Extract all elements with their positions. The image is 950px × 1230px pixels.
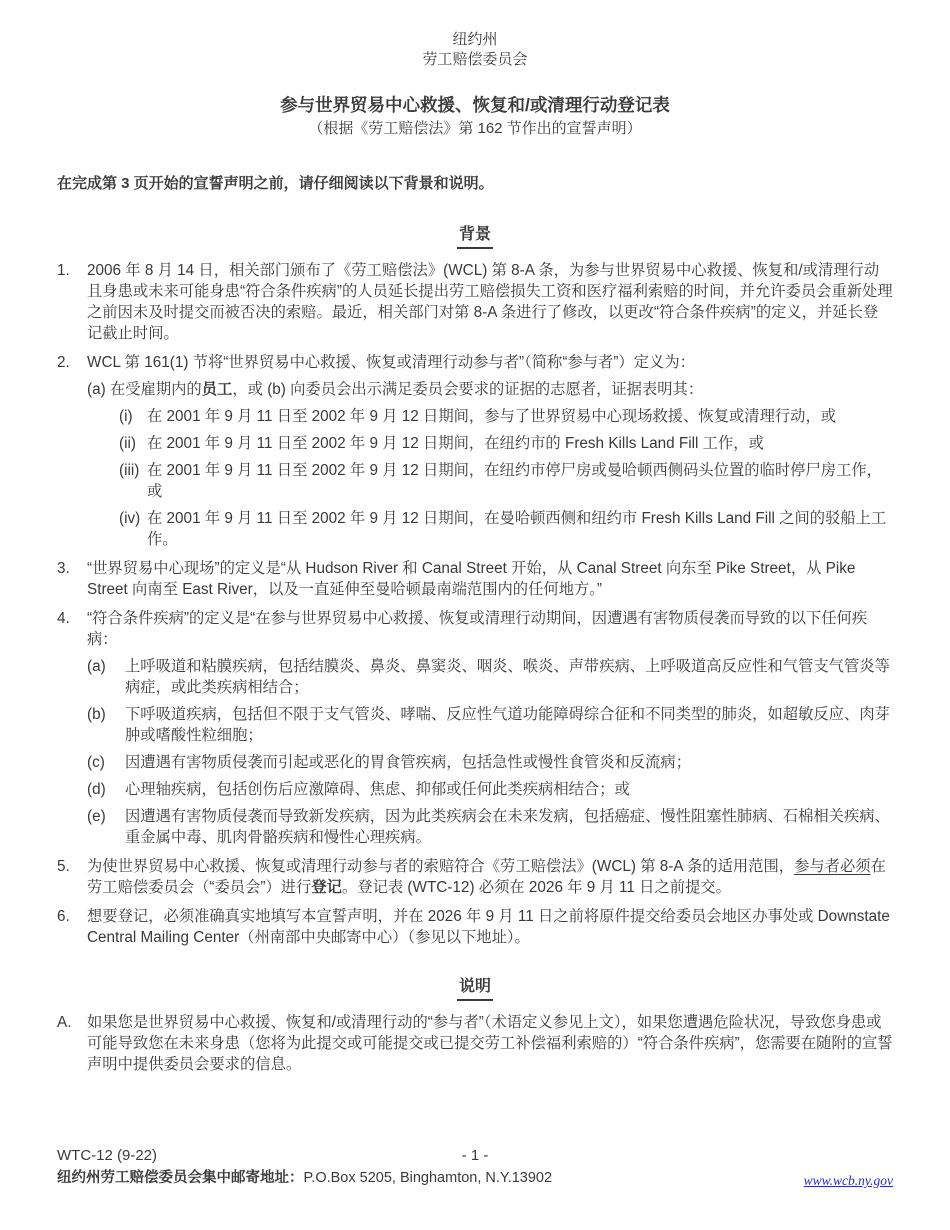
item-body: “符合条件疾病”的定义是“在参与世界贸易中心救援、恢复或清理行动期间，因遭遇有害… bbox=[87, 608, 893, 848]
background-item-4-sub-c: (c) 因遭遇有害物质侵袭而引起或恶化的胃食管疾病，包括急性或慢性食管炎和反流病… bbox=[87, 752, 893, 773]
background-item-5: 5. 为使世界贸易中心救援、恢复或清理行动参与者的索赔符合《劳工赔偿法》(WCL… bbox=[57, 856, 893, 898]
text-segment: (a) 在受雇期内的 bbox=[87, 381, 202, 398]
subitem-text: 下呼吸道疾病，包括但不限于支气管炎、哮喘、反应性气道功能障碍综合征和不同类型的肺… bbox=[125, 704, 893, 746]
item-text: 2006 年 8 月 14 日，相关部门颁布了《劳工赔偿法》(WCL) 第 8-… bbox=[87, 260, 893, 344]
item-text: 为使世界贸易中心救援、恢复或清理行动参与者的索赔符合《劳工赔偿法》(WCL) 第… bbox=[87, 856, 893, 898]
instructions-heading: 说明 bbox=[457, 976, 493, 1001]
item-number: 5. bbox=[57, 856, 87, 898]
background-item-6: 6. 想要登记，必须准确真实地填写本宣誓声明，并在 2026 年 9 月 11 … bbox=[57, 906, 893, 948]
subitem-number: (c) bbox=[87, 752, 125, 773]
background-section: 背景 bbox=[57, 224, 893, 249]
form-title: 参与世界贸易中心救援、恢复和/或清理行动登记表 bbox=[57, 94, 893, 117]
mailing-address-label: 纽约州劳工赔偿委员会集中邮寄地址： bbox=[57, 1170, 304, 1186]
background-item-2-sub-i: (i) 在 2001 年 9 月 11 日至 2002 年 9 月 12 日期间… bbox=[119, 406, 893, 427]
background-item-4-sub-a: (a) 上呼吸道和粘膜疾病，包括结膜炎、鼻炎、鼻窦炎、咽炎、喉炎、声带疾病、上呼… bbox=[87, 656, 893, 698]
subitem-text: 在 2001 年 9 月 11 日至 2002 年 9 月 12 日期间，在曼哈… bbox=[147, 508, 893, 550]
item-body: WCL 第 161(1) 节将“世界贸易中心救援、恢复或清理行动参与者”（简称“… bbox=[87, 352, 893, 550]
item-text: WCL 第 161(1) 节将“世界贸易中心救援、恢复或清理行动参与者”（简称“… bbox=[87, 354, 695, 371]
subitem-number: (i) bbox=[119, 406, 147, 427]
item-text: “世界贸易中心现场”的定义是“从 Hudson River 和 Canal St… bbox=[87, 558, 893, 600]
background-list: 1. 2006 年 8 月 14 日，相关部门颁布了《劳工赔偿法》(WCL) 第… bbox=[57, 260, 893, 948]
page-number: - 1 - bbox=[57, 1146, 893, 1166]
employee-emphasis: 员工 bbox=[202, 381, 233, 398]
item-letter: A. bbox=[57, 1012, 87, 1075]
subitem-text: 心理轴疾病，包括创伤后应激障碍、焦虑、抑郁或任何此类疾病相结合；或 bbox=[125, 779, 893, 800]
subitem-text: 在 2001 年 9 月 11 日至 2002 年 9 月 12 日期间，在纽约… bbox=[147, 460, 893, 502]
background-item-2-sub-iii: (iii) 在 2001 年 9 月 11 日至 2002 年 9 月 12 日… bbox=[119, 460, 893, 502]
item-number: 1. bbox=[57, 260, 87, 344]
subitem-text: 上呼吸道和粘膜疾病，包括结膜炎、鼻炎、鼻窦炎、咽炎、喉炎、声带疾病、上呼吸道高反… bbox=[125, 656, 893, 698]
item-text: 如果您是世界贸易中心救援、恢复和/或清理行动的“参与者”（术语定义参见上文），如… bbox=[87, 1012, 893, 1075]
item-number: 3. bbox=[57, 558, 87, 600]
item-number: 2. bbox=[57, 352, 87, 550]
subitem-number: (ii) bbox=[119, 433, 147, 454]
background-item-3: 3. “世界贸易中心现场”的定义是“从 Hudson River 和 Canal… bbox=[57, 558, 893, 600]
definition-clause-ab: (a) 在受雇期内的员工，或 (b) 向委员会出示满足委员会要求的证据的志愿者，… bbox=[87, 379, 893, 400]
subitem-number: (d) bbox=[87, 779, 125, 800]
instructions-item-a: A. 如果您是世界贸易中心救援、恢复和/或清理行动的“参与者”（术语定义参见上文… bbox=[57, 1012, 893, 1075]
page-content: 纽约州 劳工赔偿委员会 参与世界贸易中心救援、恢复和/或清理行动登记表 （根据《… bbox=[0, 0, 950, 1075]
subitem-number: (b) bbox=[87, 704, 125, 746]
instructions-list: A. 如果您是世界贸易中心救援、恢复和/或清理行动的“参与者”（术语定义参见上文… bbox=[57, 1012, 893, 1075]
text-segment: ，或 (b) 向委员会出示满足委员会要求的证据的志愿者，证据表明其： bbox=[232, 381, 703, 398]
intro-note: 在完成第 3 页开始的宣誓声明之前，请仔细阅读以下背景和说明。 bbox=[57, 173, 893, 194]
wtc12-form-page-1: 纽约州 劳工赔偿委员会 参与世界贸易中心救援、恢复和/或清理行动登记表 （根据《… bbox=[0, 0, 950, 1230]
item-text: “符合条件疾病”的定义是“在参与世界贸易中心救援、恢复或清理行动期间，因遭遇有害… bbox=[87, 610, 867, 648]
background-heading: 背景 bbox=[457, 224, 493, 249]
subitem-number: (iii) bbox=[119, 460, 147, 502]
background-item-1: 1. 2006 年 8 月 14 日，相关部门颁布了《劳工赔偿法》(WCL) 第… bbox=[57, 260, 893, 344]
subitem-text: 在 2001 年 9 月 11 日至 2002 年 9 月 12 日期间，参与了… bbox=[147, 406, 893, 427]
subitem-text: 在 2001 年 9 月 11 日至 2002 年 9 月 12 日期间，在纽约… bbox=[147, 433, 893, 454]
item-text: 想要登记，必须准确真实地填写本宣誓声明，并在 2026 年 9 月 11 日之前… bbox=[87, 906, 893, 948]
form-subtitle: （根据《劳工赔偿法》第 162 节作出的宣誓声明） bbox=[57, 119, 893, 139]
background-item-4: 4. “符合条件疾病”的定义是“在参与世界贸易中心救援、恢复或清理行动期间，因遭… bbox=[57, 608, 893, 848]
text-segment: 。登记表 (WTC-12) 必须在 2026 年 9 月 11 日之前提交。 bbox=[342, 879, 731, 896]
subitem-text: 因遭遇有害物质侵袭而导致新发疾病，因为此类疾病会在未来发病，包括癌症、慢性阻塞性… bbox=[125, 806, 893, 848]
register-emphasis: 登记 bbox=[311, 879, 342, 896]
wcb-website-link[interactable]: www.wcb.ny.gov bbox=[804, 1171, 893, 1191]
agency-name-line2: 劳工赔偿委员会 bbox=[57, 50, 893, 70]
background-item-4-sub-d: (d) 心理轴疾病，包括创伤后应激障碍、焦虑、抑郁或任何此类疾病相结合；或 bbox=[87, 779, 893, 800]
background-item-4-sub-e: (e) 因遭遇有害物质侵袭而导致新发疾病，因为此类疾病会在未来发病，包括癌症、慢… bbox=[87, 806, 893, 848]
subitem-number: (iv) bbox=[119, 508, 147, 550]
item-number: 6. bbox=[57, 906, 87, 948]
item-number: 4. bbox=[57, 608, 87, 848]
subitem-number: (e) bbox=[87, 806, 125, 848]
footer-row-2: 纽约州劳工赔偿委员会集中邮寄地址：P.O.Box 5205, Binghamto… bbox=[57, 1168, 893, 1190]
mailing-address: 纽约州劳工赔偿委员会集中邮寄地址：P.O.Box 5205, Binghamto… bbox=[57, 1168, 552, 1188]
footer-row-1: WTC-12 (9-22) - 1 - bbox=[57, 1146, 893, 1166]
mailing-address-value: P.O.Box 5205, Binghamton, N.Y.13902 bbox=[304, 1170, 553, 1186]
text-segment: 为使世界贸易中心救援、恢复或清理行动参与者的索赔符合《劳工赔偿法》(WCL) 第… bbox=[87, 858, 794, 875]
instructions-section: 说明 bbox=[57, 976, 893, 1001]
background-item-2: 2. WCL 第 161(1) 节将“世界贸易中心救援、恢复或清理行动参与者”（… bbox=[57, 352, 893, 550]
background-item-2-sub-iv: (iv) 在 2001 年 9 月 11 日至 2002 年 9 月 12 日期… bbox=[119, 508, 893, 550]
must-register-underline: 参与者必须 bbox=[794, 858, 871, 875]
agency-name-line1: 纽约州 bbox=[57, 30, 893, 50]
page-footer: WTC-12 (9-22) - 1 - 纽约州劳工赔偿委员会集中邮寄地址：P.O… bbox=[57, 1146, 893, 1190]
subitem-number: (a) bbox=[87, 656, 125, 698]
background-item-4-sub-b: (b) 下呼吸道疾病，包括但不限于支气管炎、哮喘、反应性气道功能障碍综合征和不同… bbox=[87, 704, 893, 746]
background-item-2-sub-ii: (ii) 在 2001 年 9 月 11 日至 2002 年 9 月 12 日期… bbox=[119, 433, 893, 454]
subitem-text: 因遭遇有害物质侵袭而引起或恶化的胃食管疾病，包括急性或慢性食管炎和反流病； bbox=[125, 752, 893, 773]
